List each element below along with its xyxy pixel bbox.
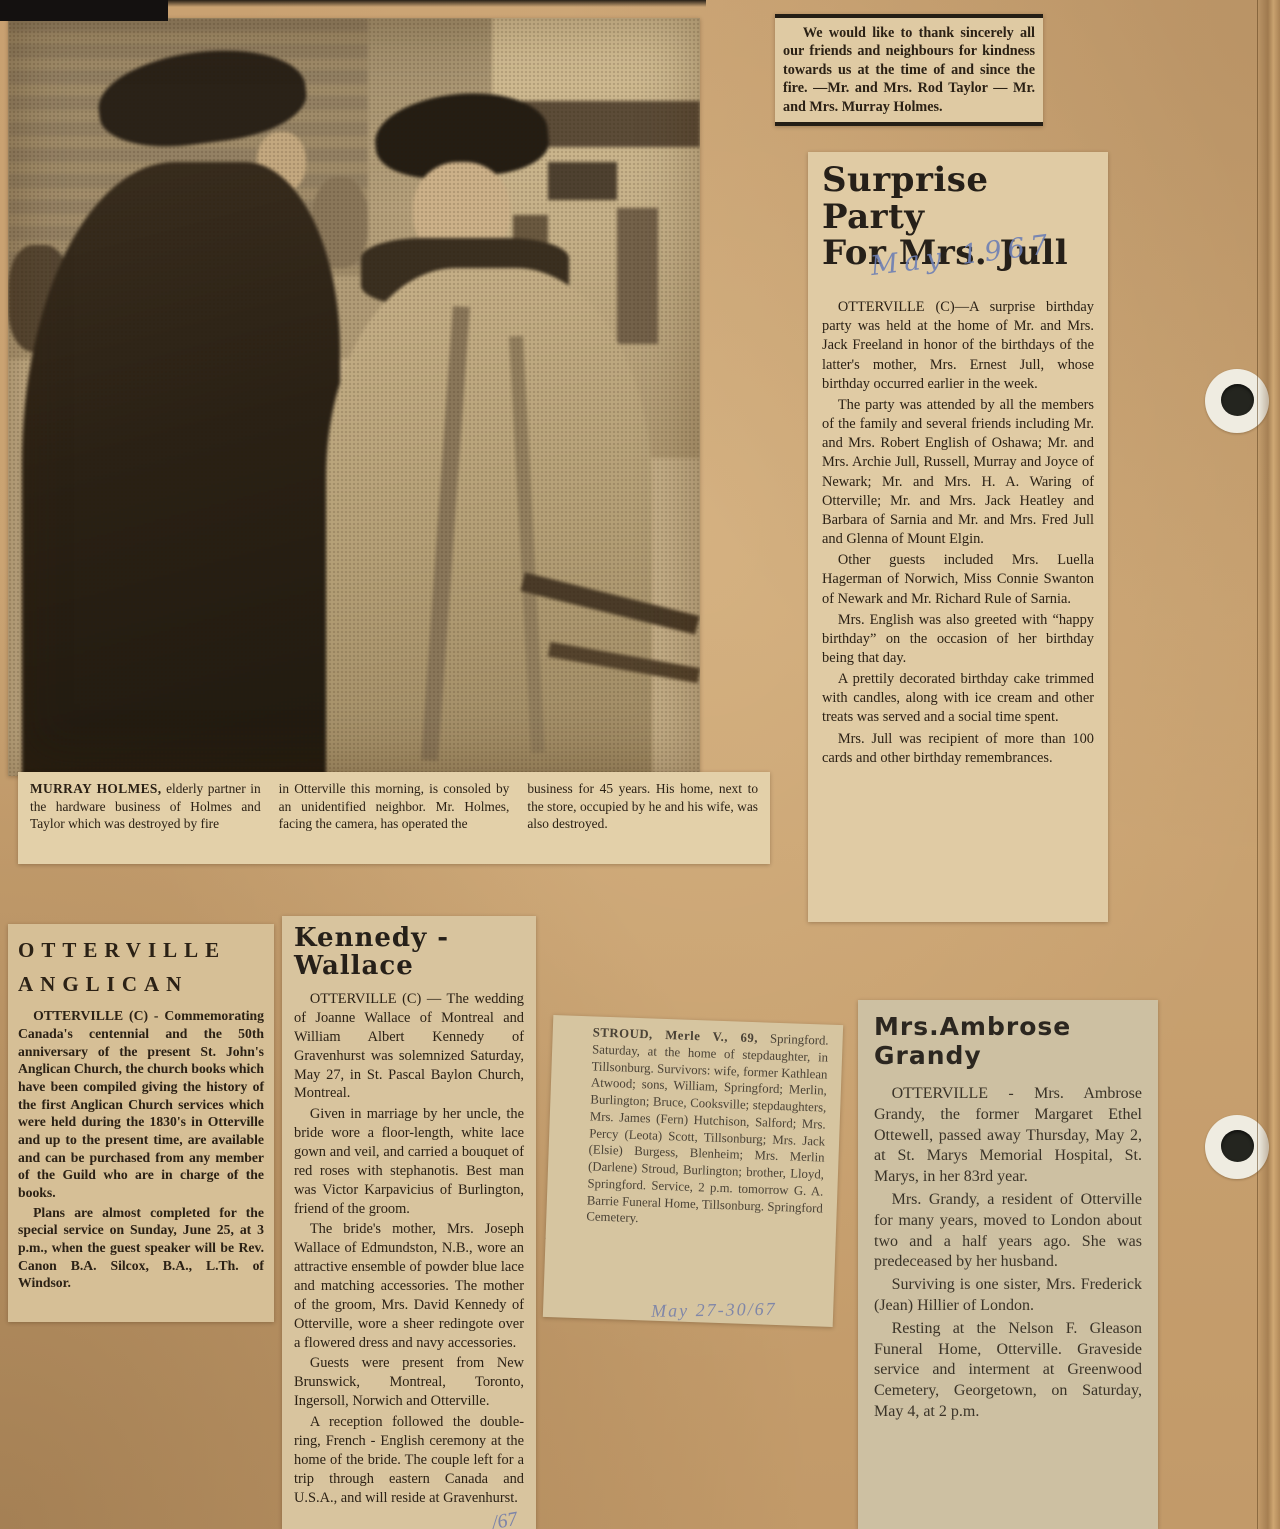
stroud-obituary-clipping: STROUD, Merle V., 69, Springford. Saturd… (543, 1015, 843, 1327)
paragraph: OTTERVILLE (C) - Commemorating Canada's … (18, 1007, 264, 1201)
punch-hole (1221, 1130, 1254, 1162)
thank-you-text: We would like to thank sincerely all our… (783, 24, 1035, 116)
caption-column-2: in Otterville this morning, is consoled … (279, 780, 510, 856)
headline-line-2: ANGLICAN (18, 972, 188, 996)
handwritten-date: May 27-30/67 (651, 1299, 777, 1322)
paragraph: OTTERVILLE (C) — The wedding of Joanne W… (294, 990, 524, 1103)
photo-caption: MURRAY HOLMES, elderly partner in the ha… (18, 772, 770, 864)
kennedy-wallace-headline: Kennedy - Wallace (294, 924, 524, 980)
paragraph: A reception followed the double-ring, Fr… (294, 1413, 524, 1507)
handwritten-margin-note: well in afternoon : (543, 1159, 550, 1309)
paragraph: Guests were present from New Brunswick, … (294, 1354, 524, 1411)
caption-text: in Otterville this morning, is consoled … (279, 781, 510, 831)
paragraph: Resting at the Nelson F. Gleason Funeral… (874, 1319, 1142, 1423)
punch-hole (1221, 384, 1254, 416)
surprise-party-clipping: Surprise Party For Mrs. Jull May 1967 OT… (808, 152, 1108, 922)
caption-column-1: MURRAY HOLMES, elderly partner in the ha… (30, 780, 261, 856)
headline-line-1: OTTERVILLE (18, 938, 226, 962)
paragraph: Mrs. Jull was recipient of more than 100… (822, 730, 1094, 768)
paragraph: Plans are almost completed for the speci… (18, 1204, 264, 1292)
anglican-headline: OTTERVILLE ANGLICAN (18, 934, 264, 1001)
paragraph: Mrs. English was also greeted with “happ… (822, 611, 1094, 668)
anglican-body: OTTERVILLE (C) - Commemorating Canada's … (18, 1007, 264, 1292)
grandy-body: OTTERVILLE - Mrs. Ambrose Grandy, the fo… (874, 1084, 1142, 1423)
news-photo (8, 18, 700, 776)
caption-text: business for 45 years. His home, next to… (527, 781, 758, 831)
kennedy-wallace-body: OTTERVILLE (C) — The wedding of Joanne W… (294, 990, 524, 1507)
scrapbook-page: MURRAY HOLMES, elderly partner in the ha… (0, 0, 1280, 1529)
paragraph: OTTERVILLE - Mrs. Ambrose Grandy, the fo… (874, 1084, 1142, 1188)
thank-you-clipping: We would like to thank sincerely all our… (775, 14, 1043, 126)
paragraph: A prettily decorated birthday cake trimm… (822, 670, 1094, 727)
surprise-party-body: OTTERVILLE (C)—A surprise birthday party… (822, 298, 1094, 768)
caption-column-3: business for 45 years. His home, next to… (527, 780, 758, 856)
kennedy-wallace-clipping: Kennedy - Wallace OTTERVILLE (C) — The w… (282, 916, 536, 1529)
paragraph: OTTERVILLE (C)—A surprise birthday party… (822, 298, 1094, 394)
grandy-obituary-clipping: Mrs.Ambrose Grandy OTTERVILLE - Mrs. Amb… (858, 1000, 1158, 1529)
paragraph: Mrs. Grandy, a resident of Otterville fo… (874, 1190, 1142, 1273)
stroud-text: Springford. Saturday, at the home of ste… (586, 1031, 829, 1225)
scrapbook-top-corner (0, 0, 168, 21)
page-edge (1257, 0, 1280, 1529)
paragraph: Other guests included Mrs. Luella Hagerm… (822, 551, 1094, 608)
paragraph: Given in marriage by her uncle, the brid… (294, 1105, 524, 1218)
handwritten-mark: /67 (491, 1508, 520, 1529)
stroud-body: STROUD, Merle V., 69, Springford. Saturd… (586, 1024, 829, 1233)
headline-line-1: Surprise Party (822, 160, 989, 237)
anglican-clipping: OTTERVILLE ANGLICAN OTTERVILLE (C) - Com… (8, 924, 274, 1322)
paragraph: The party was attended by all the member… (822, 396, 1094, 549)
paragraph: Surviving is one sister, Mrs. Frederick … (874, 1275, 1142, 1317)
paragraph: The bride's mother, Mrs. Joseph Wallace … (294, 1220, 524, 1352)
caption-lead: MURRAY HOLMES, (30, 781, 162, 796)
photo-vignette (8, 18, 700, 776)
grandy-headline: Mrs.Ambrose Grandy (874, 1012, 1142, 1070)
